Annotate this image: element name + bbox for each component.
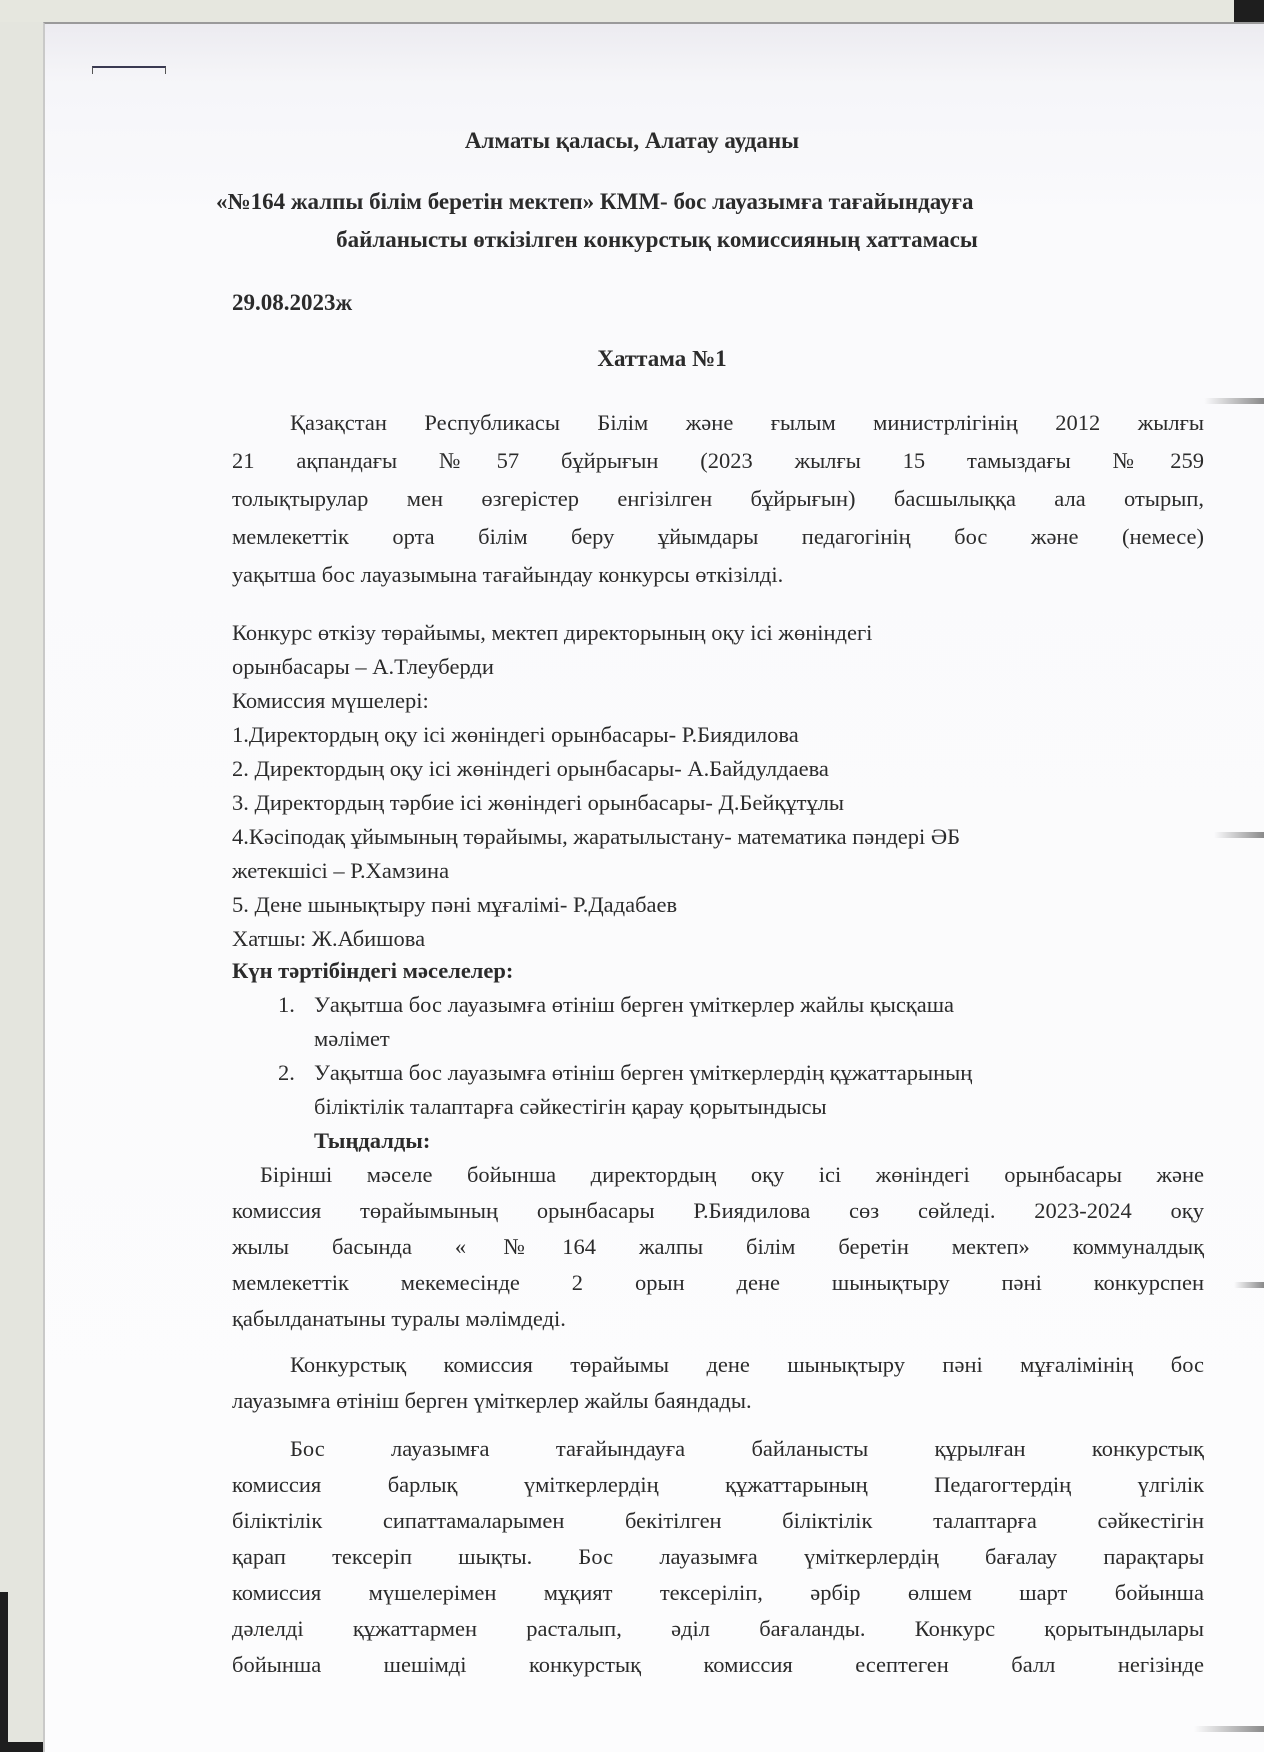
chair-line: орынбасары – А.Тлеуберди [232,654,494,680]
heard-line: Бірінші мәселе бойынша директордың оқу і… [260,1162,1204,1188]
scan-corner-bottom-left [0,1592,8,1752]
document-date: 29.08.2023ж [232,290,352,316]
member-item: 3. Директордың тәрбие ісі жөніндегі орын… [232,790,844,816]
agenda-label: Күн тәртібіндегі мәселелер: [232,958,513,984]
heard-line: жылы басында «№164 жалпы білім беретін м… [232,1234,1204,1260]
agenda-item: біліктілік талаптарға сәйкестігін қарау … [314,1094,827,1120]
scan-corner-top-right [1234,0,1264,24]
heard-line: қабылданатыны туралы мәлімдеді. [232,1306,566,1332]
chair-line: Конкурс өткізу төрайымы, мектеп директор… [232,620,872,646]
report-line: лауазымға өтініш берген үміткерлер жайлы… [232,1388,752,1414]
scan-smudge [1214,832,1264,838]
heard-label: Тыңдалды: [314,1128,430,1154]
intro-line: толықтырулар мен өзгерістер енгізілген б… [232,486,1204,512]
scan-smudge [1204,398,1264,404]
staple-mark [92,66,166,74]
heard-line: мемлекеттік мекемесінде 2 орын дене шыны… [232,1270,1204,1296]
members-label: Комиссия мүшелері: [232,688,429,714]
heard-line: комиссия төрайымының орынбасары Р.Биядил… [232,1198,1204,1224]
report-line: Конкурстық комиссия төрайымы дене шынықт… [290,1352,1204,1378]
agenda-item: Уақытша бос лауазымға өтініш берген үміт… [314,1060,972,1086]
review-line: комиссия барлық үміткерлердің құжаттарын… [232,1472,1204,1498]
intro-line: Қазақстан Республикасы Білім және ғылым … [290,410,1204,436]
intro-line: 21 ақпандағы №57 бұйрығын (2023 жылғы 15… [232,448,1204,474]
member-item: 2. Директордың оқу ісі жөніндегі орынбас… [232,756,829,782]
scan-smudge [1194,1726,1264,1732]
review-line: Бос лауазымға тағайындауға байланысты құ… [290,1436,1204,1462]
secretary: Хатшы: Ж.Абишова [232,926,425,952]
location-heading: Алматы қаласы, Алатау ауданы [0,128,1264,154]
scan-corner-bottom-left-edge [0,1742,44,1752]
intro-line: мемлекеттік орта білім беру ұйымдары пед… [232,524,1204,550]
member-item: 1.Директордың оқу ісі жөніндегі орынбаса… [232,722,799,748]
intro-line: уақытша бос лауазымына тағайындау конкур… [232,562,783,588]
protocol-number: Хаттама №1 [0,346,1264,372]
member-item: жетекшісі – Р.Хамзина [232,858,449,884]
agenda-number: 1. [278,992,295,1018]
title-line-2: байланысты өткізілген конкурстық комисси… [0,227,1264,253]
agenda-item: мәлімет [314,1026,390,1052]
review-line: бойынша шешімді конкурстық комиссия есеп… [232,1652,1204,1678]
scan-background-top [0,0,1264,22]
scan-smudge [1234,1282,1264,1288]
agenda-number: 2. [278,1060,295,1086]
review-line: комиссия мүшелерімен мұқият тексеріліп, … [232,1580,1204,1606]
review-line: дәлелді құжаттармен расталып, әділ бағал… [232,1616,1204,1642]
member-item: 4.Кәсіподақ ұйымының төрайымы, жаратылыс… [232,824,960,850]
title-line-1: «№164 жалпы білім беретін мектеп» КММ- б… [216,189,973,215]
agenda-item: Уақытша бос лауазымға өтініш берген үміт… [314,992,954,1018]
member-item: 5. Дене шынықтыру пәні мұғалімі- Р.Дадаб… [232,892,677,918]
review-line: қарап тексеріп шықты. Бос лауазымға үміт… [232,1544,1204,1570]
review-line: біліктілік сипаттамаларымен бекітілген б… [232,1508,1204,1534]
